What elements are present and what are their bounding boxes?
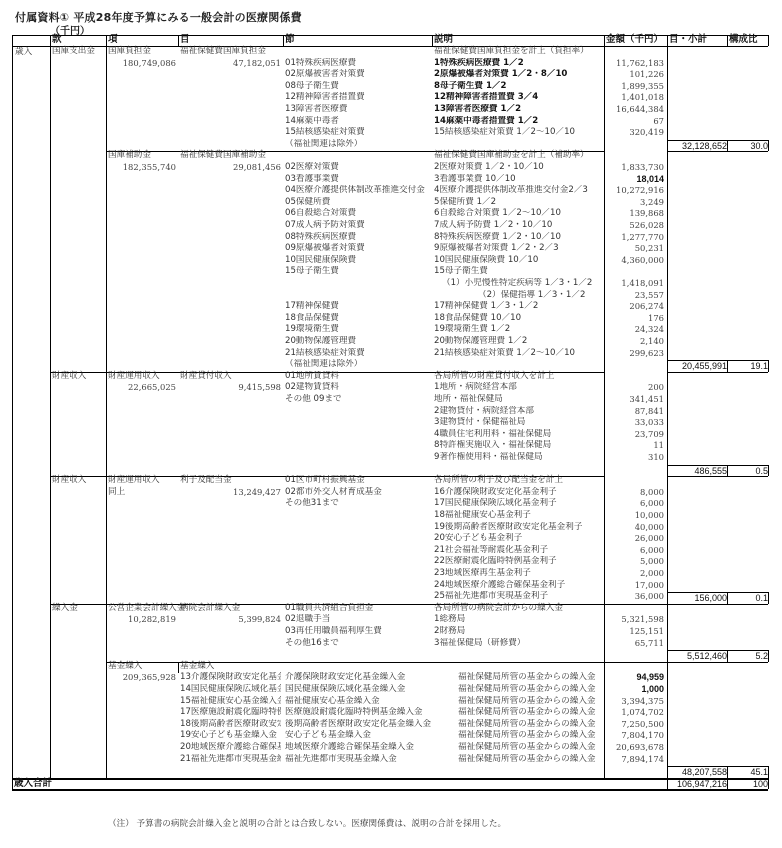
subtotal-value: 156,000	[667, 593, 729, 603]
setsumei-item: 福祉保健局所管の基金からの繰入金	[458, 684, 596, 696]
item-amount: 20,693,678	[604, 742, 664, 754]
setsu-item: その他31まで	[285, 498, 339, 510]
setsu-item: 02医療対策費	[285, 162, 339, 174]
kou-label: 基金繰入	[108, 661, 142, 673]
setsumei-item: 福祉保健局所管の基金からの繰入金	[458, 672, 596, 684]
item-amount: 18,014	[604, 174, 664, 186]
subtotal-value: 32,128,652	[667, 141, 729, 151]
item-amount: 11,762,183	[604, 58, 664, 70]
setsu-item: その他 09まで	[285, 394, 342, 406]
setsumei-item: 1総務局	[434, 614, 465, 626]
header-setsumei: 説明	[434, 34, 453, 46]
total-ratio: 100	[727, 779, 770, 789]
item-amount: 1,074,702	[604, 707, 664, 719]
setsu-item: 01特殊疾病医療費	[285, 58, 356, 70]
setsu-item: 17医療施設耐震化臨時特例基金繰入金	[180, 707, 281, 719]
kou-divider	[106, 604, 107, 662]
item-amount: 26,000	[604, 533, 664, 545]
setsu-description: 後期高齢者医療財政安定化基金繰入金	[285, 719, 440, 731]
setsumei-item: 9著作権使用料・福祉保健局	[434, 452, 543, 464]
subtotal-value: 486,555	[667, 466, 729, 476]
setsu-item: 01区市町村振興基金	[285, 475, 365, 487]
header-divider	[178, 35, 179, 46]
moku-label: 基金繰入	[180, 661, 214, 673]
setsumei-item: 25福祉先進都市実現基金利子	[434, 591, 548, 603]
setsumei-item: 3福祉保健局（研修費）	[434, 638, 525, 650]
header-divider	[667, 35, 668, 46]
header-divider	[604, 35, 605, 46]
item-amount: 17,000	[604, 580, 664, 592]
total-amount: 106,947,216	[667, 779, 729, 789]
item-amount: 7,250,500	[604, 719, 664, 731]
setsu-item: 03再任用職員福利厚生費	[285, 626, 382, 638]
setsumei-item: 3建物貸付・保健福祉局	[434, 417, 525, 429]
item-amount: 4,360,000	[604, 255, 664, 267]
setsu-item: 06自殺総合対策費	[285, 208, 356, 220]
item-amount: 200	[604, 382, 664, 394]
ratio-value: 45.1	[727, 767, 770, 777]
item-amount: 3,394,375	[604, 696, 664, 708]
setsumei-item: 地所・福祉保健局	[434, 394, 503, 406]
setsumei-item: 9原爆被爆者対策費 1／2・2／3	[434, 243, 559, 255]
moku-label: 財産貸付収入	[180, 371, 232, 383]
kan-label: 国庫支出金	[52, 46, 95, 58]
setsu-description: 医療施設耐震化臨時特例基金繰入金	[285, 707, 440, 719]
item-amount: 16,644,384	[604, 104, 664, 116]
subtotal-value: 48,207,558	[667, 767, 729, 777]
setsumei-item: 8特許権実施収入・福祉保健局	[434, 440, 551, 452]
setsu-description: 地域医療介護総合確保基金繰入金	[285, 742, 440, 754]
item-amount: 1,899,355	[604, 81, 664, 93]
setsu-item: 02建物賃貸料	[285, 382, 339, 394]
moku-label: 利子及配当金	[180, 475, 232, 487]
setsumei-header: 福祉保健費国庫負担金を計上（負担率）	[434, 46, 589, 58]
header-kou: 項	[108, 34, 118, 46]
setsumei-item: 2医療対策費 1／2・10／10	[434, 162, 544, 174]
moku-amount: 9,415,598	[178, 382, 281, 394]
subtotal-value: 5,512,460	[667, 651, 729, 661]
kan-divider	[50, 372, 51, 476]
setsu-item: 03看護事業費	[285, 174, 339, 186]
item-amount: 23,557	[604, 290, 664, 302]
item-amount: 125,151	[604, 626, 664, 638]
item-amount: 40,000	[604, 522, 664, 534]
kou-amount: 180,749,086	[106, 58, 176, 70]
item-amount: 1,000	[604, 684, 664, 696]
setsumei-item: 福祉保健局所管の基金からの繰入金	[458, 742, 596, 754]
setsumei-item: 21結核感染症対策費 1／2～10／10	[434, 348, 575, 360]
setsumei-item: 8母子衛生費 1／2	[434, 81, 507, 93]
item-amount: 24,324	[604, 324, 664, 336]
setsumei-item: 17精神保健費 1／3・1／2	[434, 301, 538, 313]
setsumei-item: 14麻薬中毒者措置費 1／2	[434, 116, 538, 128]
setsumei-item: 6自殺総合対策費 1／2～10／10	[434, 208, 561, 220]
kou-divider	[106, 151, 107, 371]
setsumei-item: 13障害者医療費 1／2	[434, 104, 521, 116]
item-amount: 206,274	[604, 301, 664, 313]
setsumei-item: 7成人病予防費 1／2・10／10	[434, 220, 552, 232]
setsumei-item: 10国民健康保険費 10／10	[434, 255, 538, 267]
header-kan: 款	[52, 34, 62, 46]
kou-label: 国庫負担金	[108, 46, 151, 58]
setsumei-item: 20動物保護管理費 1／2	[434, 336, 527, 348]
item-amount: 10,000	[604, 510, 664, 522]
setsu-item: （福祉関連は除外）	[285, 359, 362, 371]
header-kouseihi: 構成比	[729, 34, 758, 46]
item-amount: 6,000	[604, 545, 664, 557]
table-left-border	[12, 35, 13, 789]
item-amount: 1,401,018	[604, 92, 664, 104]
kou-divider	[106, 476, 107, 604]
ratio-value: 0.5	[727, 466, 770, 476]
subtotal-border-bottom	[667, 151, 768, 152]
subtotal-left-border	[667, 662, 668, 778]
setsumei-item: 23地域医療再生基金利子	[434, 568, 531, 580]
setsumei-header: 各局所管の利子及び配当金を計上	[434, 475, 563, 487]
setsumei-item: 福祉保健局所管の基金からの繰入金	[458, 730, 596, 742]
setsumei-item: 24地域医療介護総合確保基金利子	[434, 580, 565, 592]
setsu-item: 10国民健康保険費	[285, 255, 356, 267]
setsu-item: 02都市外交人材育成基金	[285, 487, 382, 499]
setsumei-item: 福祉保健局所管の基金からの繰入金	[458, 707, 596, 719]
item-amount: 11	[604, 440, 664, 452]
setsu-item: 14麻薬中毒者	[285, 116, 339, 128]
setsumei-item: 18福祉健康安心基金利子	[434, 510, 531, 522]
subtotal-left-border	[667, 151, 668, 371]
total-label: 歳入合計	[14, 778, 52, 790]
item-amount: 67	[604, 116, 664, 128]
section-border	[604, 662, 667, 663]
setsumei-item: 12精神障害者措置費 3／4	[434, 92, 538, 104]
moku-label: 福祉保健費国庫負担金	[180, 46, 266, 58]
setsumei-item: 8特殊疾病医療費 1／2・10／10	[434, 232, 561, 244]
item-amount: 87,841	[604, 406, 664, 418]
setsumei-header: 各局所管の病院会計からの繰入金	[434, 603, 563, 615]
setsu-item: 08特殊疾病医療費	[285, 232, 356, 244]
subtotal-border-bottom	[667, 372, 768, 373]
item-amount: 8,000	[604, 487, 664, 499]
setsumei-item: 3看護事業費 10／10	[434, 174, 516, 186]
kou-amount: 182,355,740	[106, 162, 176, 174]
setsumei-item: 2財務局	[434, 626, 465, 638]
setsu-item: 05保健所費	[285, 197, 330, 209]
setsu-item: 20地域医療介護総合確保基金繰入金	[180, 742, 281, 754]
setsumei-item: 1地所・病院経営本部	[434, 382, 517, 394]
item-amount: 1,277,770	[604, 232, 664, 244]
setsu-item: 15福祉健康安心基金繰入金	[180, 696, 281, 708]
setsu-item: 09原爆被爆者対策費	[285, 243, 365, 255]
item-amount: 310	[604, 452, 664, 464]
subtotal-value: 20,455,991	[667, 361, 729, 371]
header-divider	[727, 35, 728, 46]
item-amount: 36,000	[604, 591, 664, 603]
section-border	[604, 604, 667, 605]
subtotal-border-bottom	[667, 476, 768, 477]
setsu-item: 17精神保健費	[285, 301, 339, 313]
setsu-item: （福祉関連は除外）	[285, 139, 362, 151]
setsu-item: 19安心子ども基金繰入金	[180, 730, 281, 742]
item-amount: 1,833,730	[604, 162, 664, 174]
kou-amount: 22,665,025	[106, 382, 176, 394]
kan-divider	[50, 476, 51, 604]
footnote: （注） 予算書の病院会計繰入金と説明の合計とは合致しない。医療関係費は、説明の合…	[108, 817, 506, 829]
setsu-item: 02原爆被害者対策費	[285, 69, 365, 81]
setsumei-item: 19後期高齢者医療財政安定化基金利子	[434, 522, 582, 534]
setsu-item: 21結核感染症対策費	[285, 348, 365, 360]
item-amount: 94,959	[604, 672, 664, 684]
kou-amount: 209,365,928	[106, 672, 176, 684]
setsu-description: 介護保険財政安定化基金繰入金	[285, 672, 440, 684]
setsu-description: 福祉先進都市実現基金繰入金	[285, 754, 440, 766]
total-top-border	[12, 778, 768, 780]
setsumei-item: 2建物貸付・病院経営本部	[434, 406, 534, 418]
setsu-item: 01地所賃貸料	[285, 371, 339, 383]
kou-label: 公営企業会計繰入金	[108, 603, 185, 615]
setsumei-item: （1）小児慢性特定疾病等 1／3・1／2	[442, 278, 592, 290]
subtotal-left-border	[667, 47, 668, 151]
kan-divider	[50, 47, 51, 151]
item-amount: 65,711	[604, 638, 664, 650]
moku-divider	[178, 662, 179, 674]
item-amount: 341,451	[604, 394, 664, 406]
subtotal-border-bottom	[667, 662, 768, 663]
moku-amount: 29,081,456	[178, 162, 281, 174]
item-amount: 10,272,916	[604, 185, 664, 197]
setsu-item: その他16まで	[285, 638, 339, 650]
header-divider	[106, 35, 107, 46]
kou-amount: 10,282,819	[106, 614, 176, 626]
setsumei-item: 福祉保健局所管の基金からの繰入金	[458, 719, 596, 731]
subtotal-border-bottom	[667, 604, 768, 605]
setsumei-item: 5保健所費 1／2	[434, 197, 496, 209]
header-moku: 目	[180, 34, 190, 46]
setsu-item: 01職員共済組合負担金	[285, 603, 373, 615]
setsumei-item: 18食品保健費 10／10	[434, 313, 521, 325]
item-amount: 526,028	[604, 220, 664, 232]
header-divider	[50, 35, 51, 46]
setsu-item: 18食品保健費	[285, 313, 339, 325]
setsumei-item: 19環境衛生費 1／2	[434, 324, 510, 336]
setsumei-item: 2原爆被爆者対策費 1／2・8／10	[434, 69, 567, 81]
moku-amount: 13,249,427	[178, 487, 281, 499]
item-amount: 101,226	[604, 69, 664, 81]
item-amount: 7,804,170	[604, 730, 664, 742]
setsu-item: 21福祉先進都市実現基金繰入金	[180, 754, 281, 766]
kou-label: 財産運用収入	[108, 475, 160, 487]
item-amount: 23,709	[604, 429, 664, 441]
ratio-value: 0.1	[727, 593, 770, 603]
setsumei-item: 4医療介護提供体制改革推進交付金2／3	[434, 185, 588, 197]
kan-divider	[50, 151, 51, 371]
ratio-value: 19.1	[727, 361, 770, 371]
item-amount: 3,249	[604, 197, 664, 209]
header-setsu: 節	[285, 34, 295, 46]
setsu-description: 福祉健康安心基金繰入金	[285, 696, 440, 708]
setsumei-item: 15結核感染症対策費 1／2～10／10	[434, 127, 575, 139]
header-shokei: 目・小計	[669, 34, 707, 46]
item-amount: 33,033	[604, 417, 664, 429]
item-amount: 320,419	[604, 127, 664, 139]
header-divider	[768, 35, 769, 46]
setsumei-item: 15母子衛生費	[434, 266, 488, 278]
setsu-item: 04医療介護提供体制改革推進交付金	[285, 185, 425, 197]
item-amount: 7,894,174	[604, 754, 664, 766]
setsu-item: 15母子衛生費	[285, 266, 339, 278]
category-label: 歳入	[15, 47, 32, 59]
item-amount: 50,231	[604, 243, 664, 255]
item-amount: 2,000	[604, 568, 664, 580]
setsu-description: 安心子ども基金繰入金	[285, 730, 440, 742]
kan-divider	[50, 604, 51, 662]
setsu-item: 15結核感染症対策費	[285, 127, 365, 139]
ratio-value: 5.2	[727, 651, 770, 661]
subtotal-left-border	[667, 372, 668, 476]
setsu-item: 18後期高齢者医療財政安定化基金繰入金	[180, 719, 281, 731]
kan-divider	[50, 662, 51, 778]
setsu-item: 19環境衛生費	[285, 324, 339, 336]
item-amount: 139,868	[604, 208, 664, 220]
kan-label: 繰入金	[52, 603, 78, 615]
item-amount: 5,000	[604, 556, 664, 568]
header-kingaku: 金額（千円）	[606, 34, 663, 46]
item-amount: 6,000	[604, 498, 664, 510]
setsu-item: 07成人病予防対策費	[285, 220, 365, 232]
setsumei-header: 各局所管の財産貸付収入を計上	[434, 371, 554, 383]
setsu-description: 国民健康保険広域化基金繰入金	[285, 684, 440, 696]
item-amount: 176	[604, 313, 664, 325]
setsumei-item: 21社会福祉等耐震化基金利子	[434, 545, 548, 557]
setsumei-item: 20安心子ども基金利子	[434, 533, 522, 545]
setsu-item: 13介護保険財政安定化基金繰入金	[180, 672, 281, 684]
item-amount: 299,623	[604, 348, 664, 360]
setsumei-item: 福祉保健局所管の基金からの繰入金	[458, 696, 596, 708]
setsu-item: 02退職手当	[285, 614, 330, 626]
ratio-value: 30.0	[727, 141, 770, 151]
setsumei-header: 福祉保健費国庫補助金を計上（補助率）	[434, 150, 589, 162]
moku-label: 福祉保健費国庫補助金	[180, 150, 266, 162]
setsumei-item: 1特殊疾病医療費 1／2	[434, 58, 524, 70]
kou-label: 国庫補助金	[108, 150, 151, 162]
item-amount: 1,418,091	[604, 278, 664, 290]
header-divider	[283, 35, 284, 46]
setsumei-item: 4職員住宅利用料・福祉保健局	[434, 429, 551, 441]
setsu-item: 20動物保護管理費	[285, 336, 356, 348]
setsumei-item: （2）保健指導 1／3・1／2	[478, 290, 585, 302]
total-bottom-border	[12, 789, 768, 791]
setsumei-item: 16介護保険財政安定化基金利子	[434, 487, 557, 499]
moku-label: 病院会計繰入金	[180, 603, 240, 615]
setsu-item: 08母子衛生費	[285, 81, 339, 93]
header-divider	[432, 35, 433, 46]
setsu-item: 12精神障害者措置費	[285, 92, 365, 104]
setsumei-item: 福祉保健局所管の基金からの繰入金	[458, 754, 596, 766]
item-amount: 5,321,598	[604, 614, 664, 626]
item-amount: 2,140	[604, 336, 664, 348]
moku-amount: 5,399,824	[178, 614, 281, 626]
moku-amount: 47,182,051	[178, 58, 281, 70]
kan-label: 財産収入	[52, 475, 86, 487]
setsumei-item: 22医療耐震化臨時特例基金利子	[434, 556, 557, 568]
kou-amount: 同上	[108, 487, 125, 499]
kan-label: 財産収入	[52, 371, 86, 383]
setsu-item: 14国民健康保険広域化基金繰入金	[180, 684, 281, 696]
kou-label: 財産運用収入	[108, 371, 160, 383]
subtotal-left-border	[667, 476, 668, 604]
setsumei-item: 17国民健康保険広域化基金利子	[434, 498, 557, 510]
setsu-item: 13障害者医療費	[285, 104, 348, 116]
